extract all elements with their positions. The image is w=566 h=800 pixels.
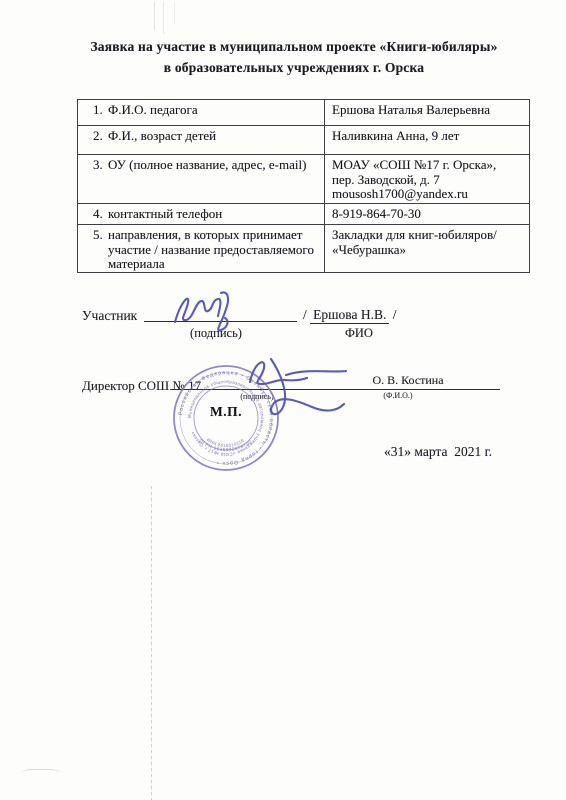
table-row: 3.ОУ (полное название, адрес, e-mail) МО…: [78, 155, 530, 204]
scan-artifact-streak: [174, 2, 175, 24]
row-label: ОУ (полное название, адрес, e-mail): [108, 158, 318, 173]
participant-name: Ершова Н.В.: [310, 307, 389, 324]
table-row: 1.Ф.И.О. педагога Ершова Наталья Валерье…: [78, 100, 530, 126]
director-signature: [238, 352, 368, 432]
document-title: Заявка на участие в муниципальном проект…: [22, 36, 566, 78]
row-value-cell: Наливкина Анна, 9 лет: [325, 126, 530, 155]
table-row: 2.Ф.И., возраст детей Наливкина Анна, 9 …: [78, 126, 530, 155]
row-label-cell: 4.контактный телефон: [78, 204, 325, 225]
row-value-line: пер. Заводской, д. 7: [332, 173, 523, 188]
row-value-line: Закладки для книг-юбиляров/: [332, 228, 523, 243]
slash: /: [393, 307, 397, 322]
row-value-cell: 8-919-864-70-30: [325, 204, 530, 225]
participant-label: Участник: [82, 308, 137, 324]
slash: /: [303, 307, 307, 322]
row-label-cell: 1.Ф.И.О. педагога: [78, 100, 325, 126]
row-value-line: Наливкина Анна, 9 лет: [332, 129, 523, 144]
row-value-cell: Ершова Наталья Валерьевна: [325, 100, 530, 126]
document-title-line1: Заявка на участие в муниципальном проект…: [22, 36, 566, 57]
director-name-caption: (Ф.И.О.): [358, 391, 438, 400]
row-value-line: МОАУ «СОШ №17 г. Орска»,: [332, 158, 523, 173]
row-label: Ф.И.О. педагога: [108, 103, 318, 118]
document-page: Заявка на участие в муниципальном проект…: [0, 0, 566, 800]
row-label: Ф.И., возраст детей: [108, 129, 318, 144]
application-table: 1.Ф.И.О. педагога Ершова Наталья Валерье…: [77, 99, 530, 273]
table-row: 5.направления, в которых принимает участ…: [78, 225, 530, 273]
row-value-line: Ершова Наталья Валерьевна: [332, 103, 523, 118]
scan-pencil-mark: [22, 769, 60, 776]
scan-artifact-streak: [154, 2, 155, 30]
director-name: О. В. Костина: [358, 373, 458, 388]
row-label-cell: 5.направления, в которых принимает участ…: [78, 225, 325, 273]
row-value-cell: МОАУ «СОШ №17 г. Орска», пер. Заводской,…: [325, 155, 530, 204]
document-title-line2: в образовательных учреждениях г. Орска: [22, 57, 566, 78]
participant-name-caption: ФИО: [315, 326, 403, 341]
document-date: «31» марта 2021 г.: [384, 444, 492, 460]
row-value-line: «Чебурашка»: [332, 243, 523, 258]
participant-name-block: / Ершова Н.В. /: [303, 307, 397, 323]
row-number: 3.: [93, 158, 108, 173]
row-value-line: mousosh1700@yandex.ru: [332, 187, 523, 202]
scan-artifact-streak: [163, 2, 164, 34]
row-number: 5.: [93, 228, 108, 272]
row-number: 1.: [93, 103, 108, 118]
row-label: направления, в которых принимает участие…: [108, 228, 318, 272]
row-label-cell: 3.ОУ (полное название, адрес, e-mail): [78, 155, 325, 204]
participant-signature-caption: (подпись): [160, 326, 272, 341]
row-number: 4.: [93, 207, 108, 222]
scan-fold-line: [151, 486, 152, 800]
row-value-cell: Закладки для книг-юбиляров/ «Чебурашка»: [325, 225, 530, 273]
row-value-line: 8-919-864-70-30: [332, 207, 523, 222]
row-number: 2.: [93, 129, 108, 144]
table-row: 4.контактный телефон 8-919-864-70-30: [78, 204, 530, 225]
row-label: контактный телефон: [108, 207, 318, 222]
row-label-cell: 2.Ф.И., возраст детей: [78, 126, 325, 155]
